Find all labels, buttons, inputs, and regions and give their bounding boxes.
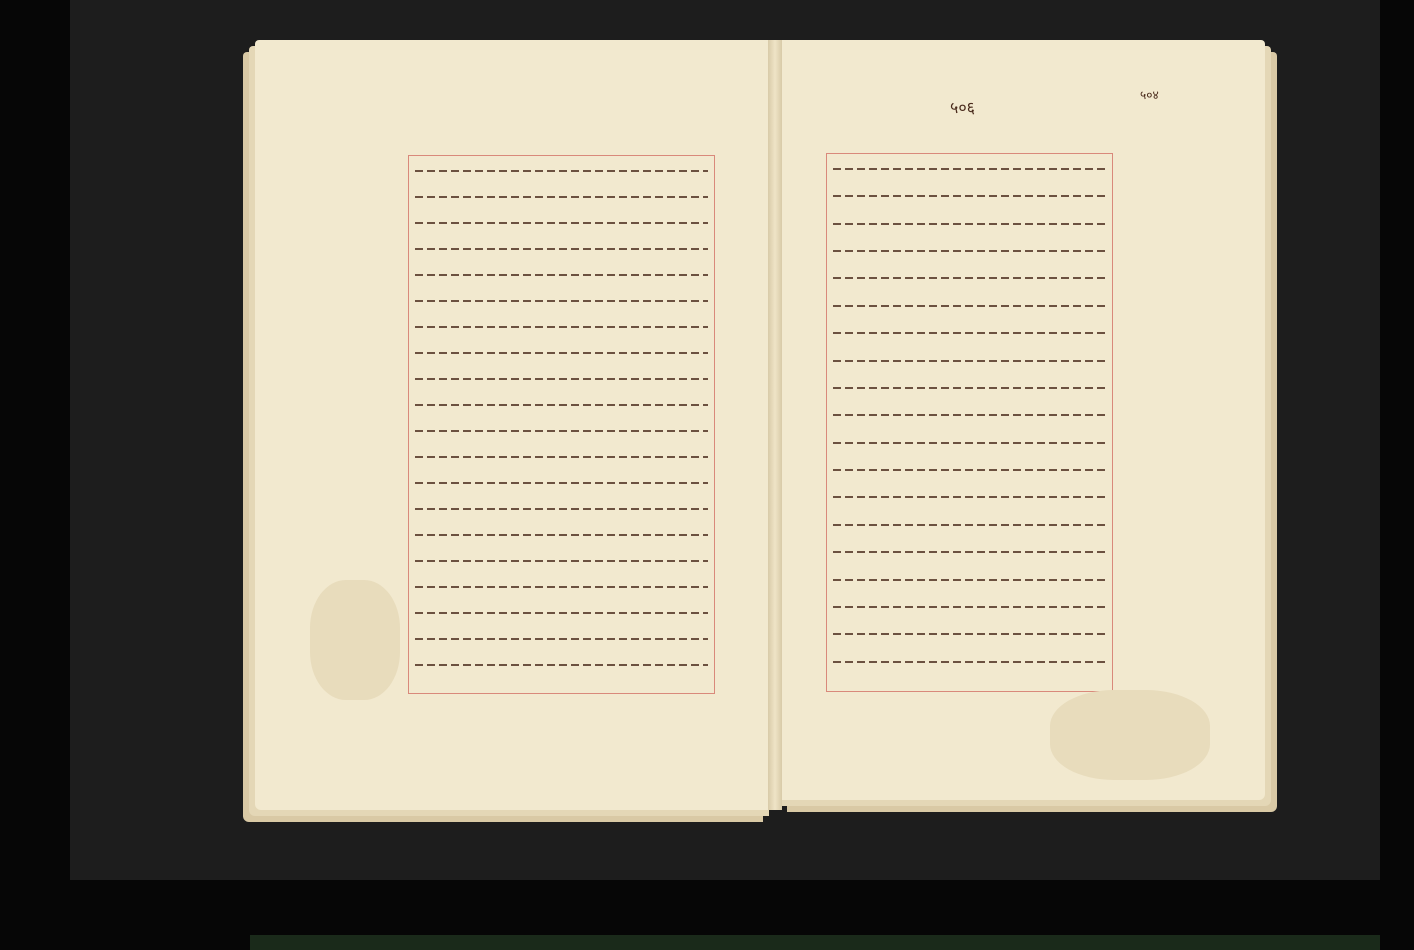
manuscript-text-line: [415, 248, 708, 250]
manuscript-text-line: [415, 404, 708, 406]
manuscript-text-line: [833, 414, 1106, 416]
bottom-edge: [250, 935, 1380, 950]
manuscript-text-line: [415, 586, 708, 588]
manuscript-text-line: [833, 223, 1106, 225]
manuscript-text-line: [415, 274, 708, 276]
folio-number: ५०६: [950, 96, 975, 118]
manuscript-text-line: [833, 360, 1106, 362]
manuscript-text-line: [415, 300, 708, 302]
manuscript-text-line: [833, 579, 1106, 581]
manuscript-text-line: [415, 664, 708, 666]
paper-damage: [1050, 690, 1210, 780]
manuscript-text-line: [833, 195, 1106, 197]
paper-damage: [310, 580, 400, 700]
manuscript-text-line: [415, 560, 708, 562]
book-gutter: [768, 40, 782, 810]
manuscript-text-line: [833, 661, 1106, 663]
right-text-frame: [826, 153, 1113, 692]
manuscript-text-line: [833, 496, 1106, 498]
manuscript-text-line: [415, 222, 708, 224]
manuscript-text-line: [833, 524, 1106, 526]
manuscript-text-line: [415, 326, 708, 328]
manuscript-text-line: [833, 442, 1106, 444]
manuscript-text-line: [833, 168, 1106, 170]
manuscript-text-line: [833, 551, 1106, 553]
left-text-frame: [408, 155, 715, 694]
manuscript-text-line: [415, 378, 708, 380]
manuscript-text-line: [833, 277, 1106, 279]
manuscript-text-line: [833, 387, 1106, 389]
corner-number: ५०४: [1140, 86, 1159, 103]
manuscript-text-line: [415, 456, 708, 458]
manuscript-text-line: [833, 332, 1106, 334]
manuscript-text-line: [415, 430, 708, 432]
manuscript-text-line: [415, 534, 708, 536]
manuscript-text-line: [415, 612, 708, 614]
manuscript-text-line: [415, 638, 708, 640]
manuscript-text-line: [415, 508, 708, 510]
manuscript-text-line: [833, 305, 1106, 307]
manuscript-text-line: [415, 352, 708, 354]
manuscript-text-line: [415, 196, 708, 198]
manuscript-text-line: [415, 482, 708, 484]
manuscript-text-line: [833, 606, 1106, 608]
manuscript-text-line: [833, 250, 1106, 252]
manuscript-text-line: [833, 633, 1106, 635]
manuscript-text-line: [415, 170, 708, 172]
manuscript-text-line: [833, 469, 1106, 471]
